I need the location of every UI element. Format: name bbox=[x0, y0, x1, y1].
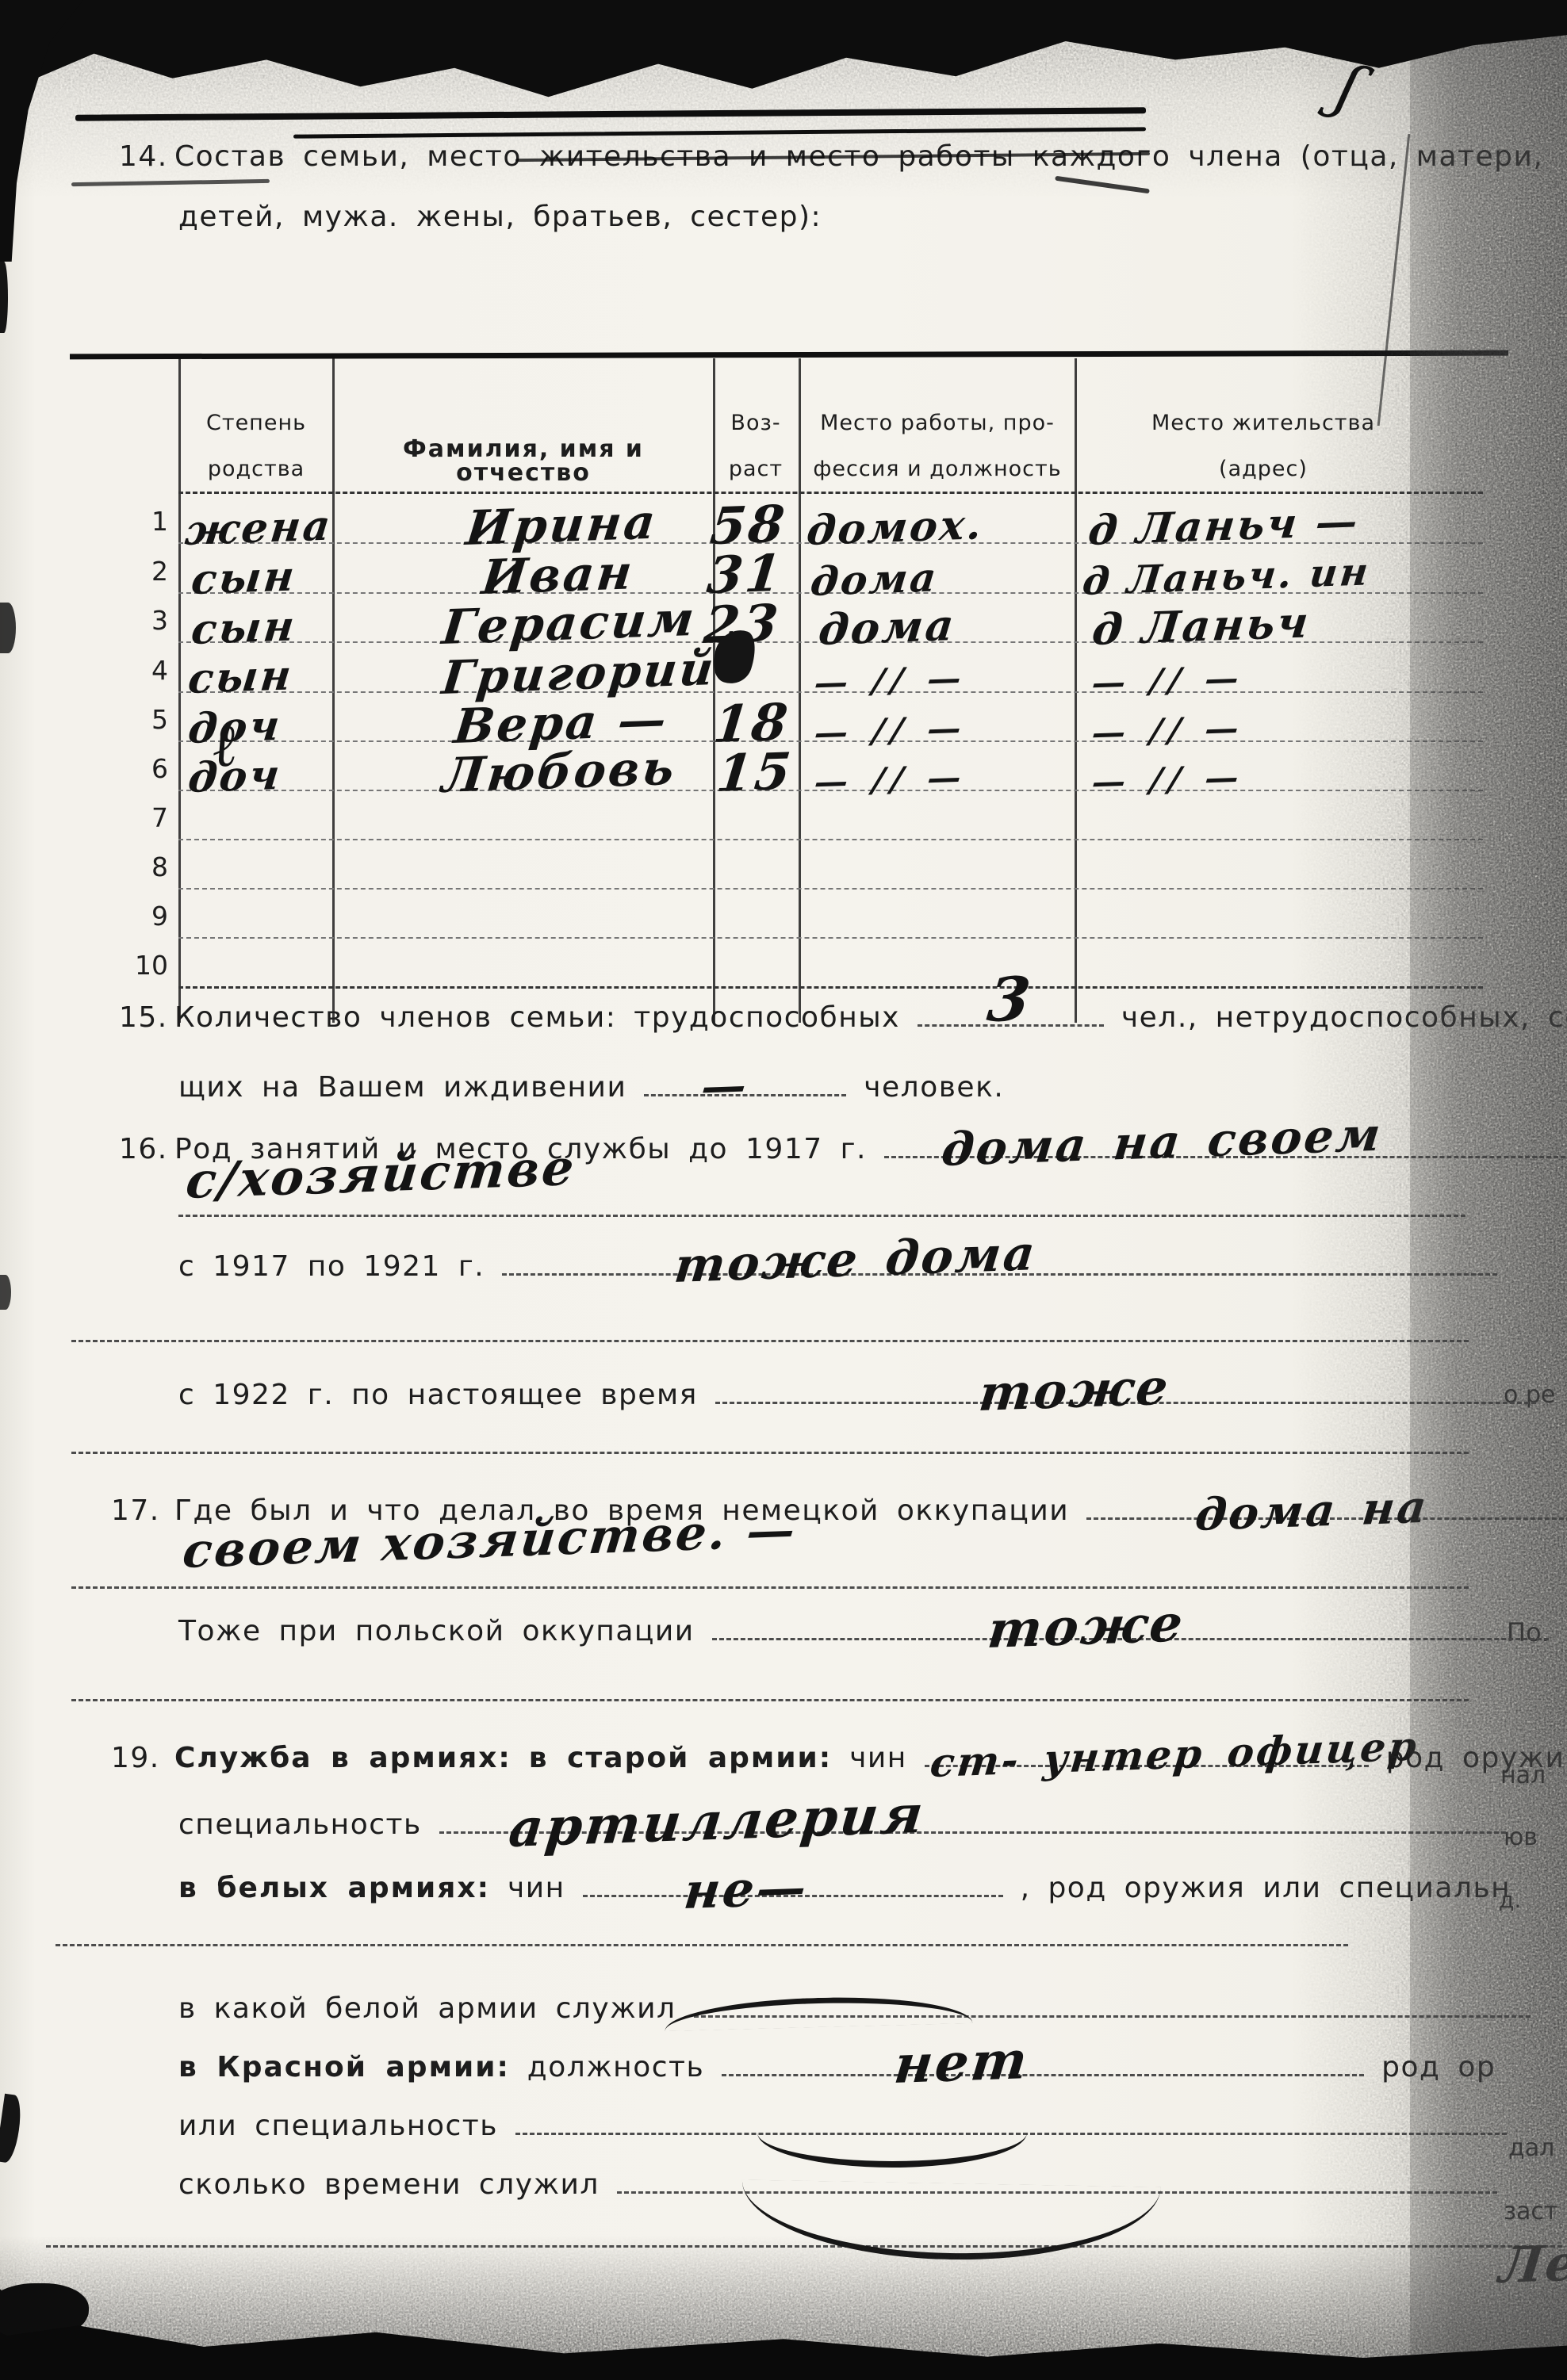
table-bottom-line bbox=[178, 986, 1483, 989]
col-header-relation-l1: Степень bbox=[206, 411, 306, 435]
hw-pre1917-cont: с/хозяйстве bbox=[184, 1146, 578, 1203]
row-separator bbox=[178, 888, 1483, 890]
fill-in-rule bbox=[71, 1340, 1469, 1342]
table-row: жена Ирина 58 домох. д Ланьч — bbox=[178, 493, 1485, 542]
item19-number: 19. bbox=[111, 1741, 174, 1775]
fill-in-rule bbox=[71, 1452, 1469, 1454]
left-edge-mark bbox=[0, 2094, 24, 2164]
table-vline bbox=[332, 358, 335, 1023]
hw-work-ditto: — // — bbox=[813, 763, 969, 798]
hw-red-army: нет bbox=[892, 2037, 1032, 2088]
item17-label-polish: Тоже при польской оккупации bbox=[178, 1615, 695, 1647]
row-separator bbox=[178, 937, 1483, 939]
item19-label-old-army: в старой армии: bbox=[529, 1742, 832, 1774]
item19-label-specialty: специальность bbox=[178, 1808, 422, 1841]
hw-age: 15 bbox=[715, 749, 795, 798]
col-header-age-l2: раст bbox=[729, 457, 783, 481]
row-number: 5 bbox=[133, 704, 168, 735]
hw-name: Любовь bbox=[440, 747, 678, 798]
hw-1917-1921: тоже дома bbox=[672, 1232, 1039, 1288]
left-edge-mark bbox=[0, 1275, 11, 1310]
row-number: 4 bbox=[133, 655, 168, 686]
item19-label-or-specialty: или специальность bbox=[178, 2110, 498, 2142]
scanned-questionnaire-page: 14.Состав семьи, место жительства и мест… bbox=[0, 0, 1567, 2380]
row-number: 1 bbox=[133, 506, 168, 537]
item14-text2: детей, мужа. жены, братьев, сестер): bbox=[178, 201, 822, 233]
row-separator bbox=[178, 839, 1483, 840]
item15-text-d: человек. bbox=[864, 1071, 1004, 1104]
left-edge-mark bbox=[0, 262, 8, 333]
col-header-relation: Степень родства bbox=[181, 400, 331, 492]
row-number: 6 bbox=[133, 753, 168, 784]
item19-label-duration: сколько времени служил bbox=[178, 2168, 600, 2201]
col-header-name: Фамилия, имя и отчество bbox=[336, 438, 711, 485]
pen-stroke-arc bbox=[757, 2133, 1027, 2168]
item19-label-rank: чин bbox=[849, 1742, 907, 1774]
col-header-work-l2: фессия и должность bbox=[813, 457, 1061, 481]
col-header-name-label: Фамилия, имя и отчество bbox=[403, 435, 644, 487]
item15-blank-able: 3 bbox=[918, 1016, 1104, 1027]
fill-in-rule bbox=[56, 1944, 1348, 1946]
item19-label-white-rank: чин bbox=[508, 1872, 565, 1904]
row-number: 3 bbox=[133, 605, 168, 636]
item15-number: 15. bbox=[119, 1001, 174, 1035]
item15-text-a: Количество членов семьи: трудоспособных bbox=[174, 1001, 900, 1034]
right-scan-noise-band bbox=[1291, 0, 1567, 2380]
item17-number: 17. bbox=[111, 1494, 174, 1528]
item19-blank-white-rank: не— bbox=[583, 1887, 1003, 1897]
table-row: сын Иван 31 дома д Ланьч. ин bbox=[178, 542, 1485, 591]
table-row: доч Вера — 18 — // — — // — bbox=[178, 691, 1485, 740]
row-number: 8 bbox=[133, 851, 168, 882]
item19-label-white-army: в белых армиях: bbox=[178, 1872, 490, 1904]
item19-label-service: Служба в армиях: bbox=[174, 1742, 511, 1774]
col-header-age: Воз- раст bbox=[715, 400, 797, 492]
col-header-relation-l2: родства bbox=[208, 457, 305, 481]
item16-label-1922: с 1922 г. по настоящее время bbox=[178, 1379, 698, 1411]
hw-polish-occupation: тоже bbox=[986, 1601, 1187, 1654]
item14-line2: детей, мужа. жены, братьев, сестер): bbox=[178, 200, 822, 234]
hw-specialty: артиллерия bbox=[507, 1790, 928, 1852]
item19-label-red-position: должность bbox=[527, 2051, 704, 2083]
row-number: 2 bbox=[133, 556, 168, 587]
item15-text-c: щих на Вашем иждивении bbox=[178, 1071, 626, 1104]
fill-in-rule bbox=[71, 1586, 1469, 1589]
table-row: сын Григорий — // — — // — bbox=[178, 641, 1485, 691]
row-number: 9 bbox=[133, 901, 168, 932]
table-row: доч Любовь 15 — // — — // — bbox=[178, 740, 1485, 790]
item19-label-red-army: в Красной армии: bbox=[178, 2051, 510, 2083]
hw-white-rank: не— bbox=[682, 1865, 810, 1914]
col-header-age-l1: Воз- bbox=[730, 411, 780, 435]
row-number: 7 bbox=[133, 802, 168, 833]
left-edge-mark bbox=[0, 603, 16, 653]
item15-line2: щих на Вашем иждивении — человек. bbox=[178, 1070, 1004, 1104]
fill-in-rule bbox=[71, 1699, 1469, 1701]
hw-dependents: — bbox=[699, 1066, 751, 1107]
item16-label-1917-1921: с 1917 по 1921 г. bbox=[178, 1250, 485, 1283]
item19-blank-red-position: нет bbox=[722, 2066, 1364, 2076]
hw-residence-ditto: — // — bbox=[1090, 763, 1247, 798]
col-header-work: Место работы, про- фессия и должность bbox=[801, 400, 1074, 492]
item15-blank-dependents: — bbox=[644, 1086, 846, 1096]
item16-number: 16. bbox=[119, 1132, 174, 1166]
row-number: 10 bbox=[133, 950, 168, 981]
hw-able-count: 3 bbox=[985, 972, 1035, 1027]
table-row: сын Герасим 23 дома д Ланьч bbox=[178, 592, 1485, 641]
fill-in-rule bbox=[178, 1215, 1465, 1217]
col-header-work-l1: Место работы, про- bbox=[820, 411, 1055, 435]
item19-label-which-white: в какой белой армии служил bbox=[178, 1992, 676, 2025]
hw-1922: тоже bbox=[977, 1365, 1172, 1416]
